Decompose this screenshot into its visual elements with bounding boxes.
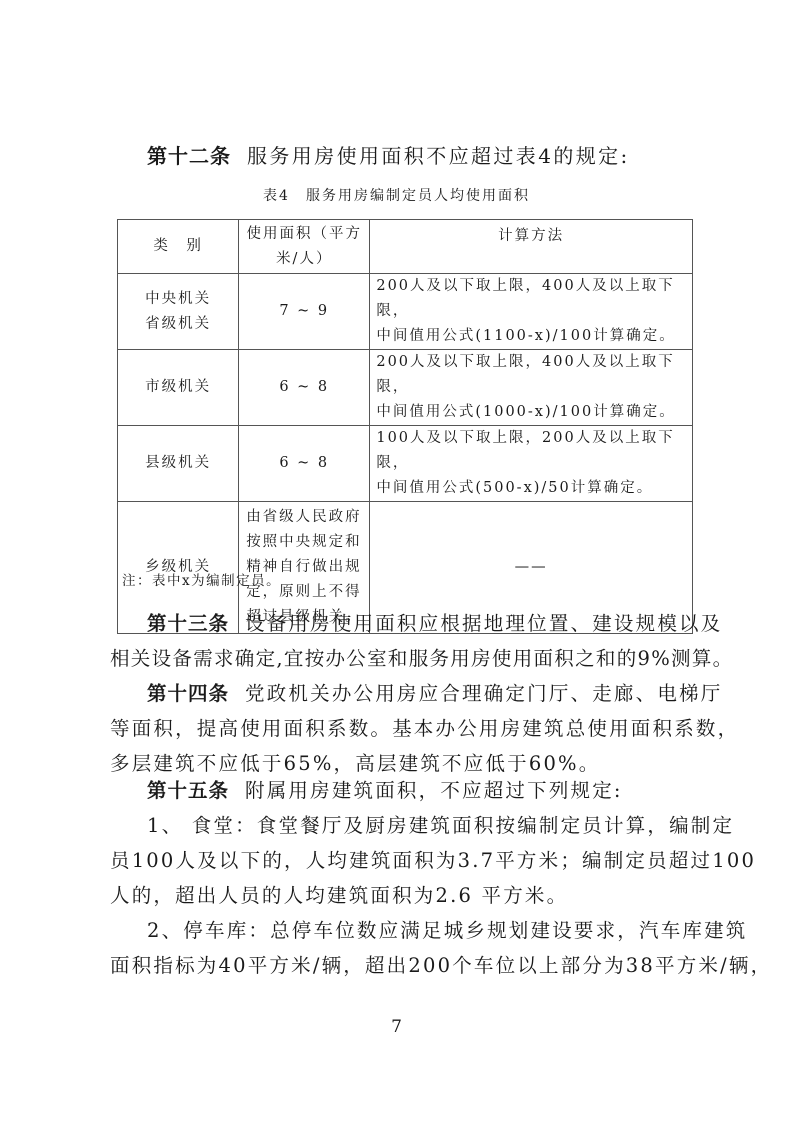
table-row: 中央机关 省级机关 7 ~ 9 200人及以下取上限，400人及以上取下限， 中… (118, 274, 693, 350)
article-14: 第十四条党政机关办公用房应合理确定门厅、走廊、电梯厅 等面积，提高使用面积系数。… (110, 676, 700, 781)
article-15-label: 第十五条 (147, 779, 229, 802)
header-area: 使用面积（平方 米/人） (239, 220, 370, 274)
row-method: 200人及以下取上限，400人及以上取下限， 中间值用公式(1000-x)/10… (370, 350, 693, 426)
article-14-label: 第十四条 (147, 682, 229, 705)
row-category: 市级机关 (118, 350, 239, 426)
article-13: 第十三条设备用房使用面积应根据地理位置、建设规模以及 相关设备需求确定,宜按办公… (110, 606, 700, 676)
row-category: 县级机关 (118, 426, 239, 502)
row-area: 6 ~ 8 (239, 350, 370, 426)
header-method: 计算方法 (370, 220, 693, 274)
row-category: 中央机关 省级机关 (118, 274, 239, 350)
row-method: 200人及以下取上限，400人及以上取下限， 中间值用公式(1100-x)/10… (370, 274, 693, 350)
table-row: 县级机关 6 ~ 8 100人及以下取上限，200人及以上取下限， 中间值用公式… (118, 426, 693, 502)
article-12-text: 服务用房使用面积不应超过表4的规定: (247, 144, 630, 168)
table-note: 注：表中x为编制定员。 (122, 569, 281, 589)
table-header-row: 类 别 使用面积（平方 米/人） 计算方法 (118, 220, 693, 274)
item-parking: 2、停车库：总停车位数应满足城乡规划建设要求，汽车库建筑 (110, 913, 700, 948)
page-number: 7 (0, 1017, 793, 1037)
article-12-label: 第十二条 (147, 144, 231, 168)
article-15: 第十五条附属用房建筑面积，不应超过下列规定: 1、 食堂：食堂餐厅及厨房建筑面积… (110, 773, 700, 983)
table-row: 市级机关 6 ~ 8 200人及以下取上限，400人及以上取下限， 中间值用公式… (118, 350, 693, 426)
table-caption: 表4 服务用房编制定员人均使用面积 (0, 185, 793, 205)
item-canteen: 1、 食堂：食堂餐厅及厨房建筑面积按编制定员计算，编制定 (110, 808, 700, 843)
article-13-label: 第十三条 (147, 612, 229, 635)
header-category: 类 别 (118, 220, 239, 274)
row-area: 7 ~ 9 (239, 274, 370, 350)
article-12: 第十二条服务用房使用面积不应超过表4的规定: (147, 140, 630, 169)
row-method: 100人及以下取上限，200人及以上取下限， 中间值用公式(500-x)/50计… (370, 426, 693, 502)
row-area: 6 ~ 8 (239, 426, 370, 502)
